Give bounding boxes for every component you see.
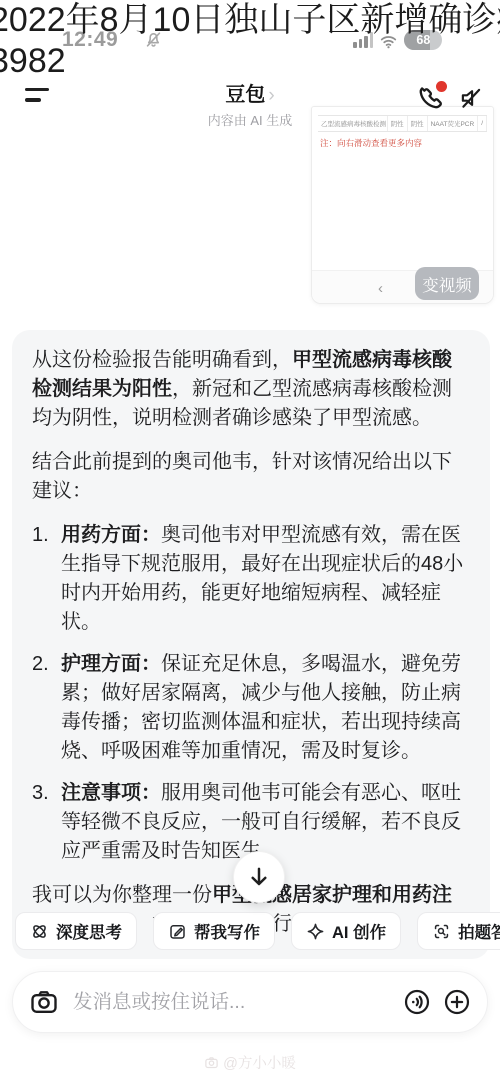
ai-generated-disclaimer: 内容由 AI 生成 (0, 110, 500, 129)
add-icon[interactable] (443, 988, 471, 1016)
swipe-note: 注：向右滑动查看更多内容 (320, 137, 422, 149)
scan-question-icon (432, 922, 451, 941)
answer-paragraph-2: 结合此前提到的奥司他韦，针对该情况给出以下建议： (32, 448, 470, 506)
chevron-left-icon[interactable]: ‹ (378, 280, 383, 297)
voice-call-button[interactable] (416, 84, 444, 112)
write-icon (168, 922, 187, 941)
chip-label: AI 创作 (332, 919, 386, 943)
deep-think-chip[interactable]: 深度思考 (15, 912, 137, 950)
call-notification-dot (436, 81, 447, 92)
app-header: 豆包› 内容由 AI 生成 (0, 78, 500, 122)
text-segment: 从这份检验报告能明确看到， (32, 349, 292, 371)
help-write-chip[interactable]: 帮我写作 (153, 912, 275, 950)
camera-icon[interactable] (29, 987, 59, 1017)
list-item-title: 护理方面： (61, 653, 161, 675)
voice-read-icon[interactable] (403, 988, 431, 1016)
message-input-bar (12, 971, 488, 1033)
message-input[interactable] (71, 990, 391, 1015)
quick-actions-row: 深度思考 帮我写作 AI 创作 拍题答疑 (15, 912, 493, 950)
scan-question-chip[interactable]: 拍题答疑 (417, 912, 500, 950)
sparkle-icon (306, 922, 325, 941)
list-number: 1. (32, 521, 61, 637)
chevron-right-icon: › (268, 85, 274, 106)
list-item: 1. 用药方面：奥司他韦对甲型流感有效，需在医生指导下规范服用，最好在出现症状后… (32, 521, 470, 637)
deep-think-icon (30, 922, 49, 941)
advice-list: 1. 用药方面：奥司他韦对甲型流感有效，需在医生指导下规范服用，最好在出现症状后… (32, 521, 470, 866)
arrow-down-icon (246, 864, 272, 890)
app-title: 豆包 (225, 84, 265, 106)
answer-paragraph-1: 从这份检验报告能明确看到，甲型流感病毒核酸检测结果为阳性，新冠和乙型流感病毒核酸… (32, 346, 470, 433)
list-item: 2. 护理方面：保证充足休息，多喝温水，避免劳累；做好居家隔离，减少与他人接触，… (32, 650, 470, 766)
video-title-line2: 3982 (0, 41, 500, 82)
watermark: @方小小暖 (0, 1052, 500, 1073)
lab-report-image[interactable]: 乙型流感病毒核酸检测 阴性 阴性 NAAT荧光PCR / 注：向右滑动查看更多内… (311, 106, 494, 304)
watermark-text: @方小小暖 (223, 1052, 296, 1073)
to-video-button[interactable]: 变视频 (415, 267, 479, 300)
watermark-camera-icon (204, 1055, 219, 1070)
video-title-overlay: 2022年8月10日独山子区新增确诊病例情况_ 3982 (0, 0, 500, 82)
ai-create-chip[interactable]: AI 创作 (291, 912, 401, 950)
chip-label: 拍题答疑 (458, 919, 500, 943)
chip-label: 帮我写作 (194, 919, 260, 943)
scroll-to-bottom-button[interactable] (233, 851, 285, 903)
speaker-muted-icon[interactable] (458, 85, 484, 111)
text-segment: 我可以为你整理一份 (32, 884, 212, 906)
doubao-chat-screen: 2022年8月10日独山子区新增确诊病例情况_ 3982 12:49 (0, 0, 500, 1086)
list-number: 3. (32, 779, 61, 866)
video-title-line1: 2022年8月10日独山子区新增确诊病例情况_ (0, 0, 500, 41)
list-item-title: 用药方面： (61, 524, 161, 546)
list-number: 2. (32, 650, 61, 766)
list-item-title: 注意事项： (61, 782, 161, 804)
chip-label: 深度思考 (56, 919, 122, 943)
